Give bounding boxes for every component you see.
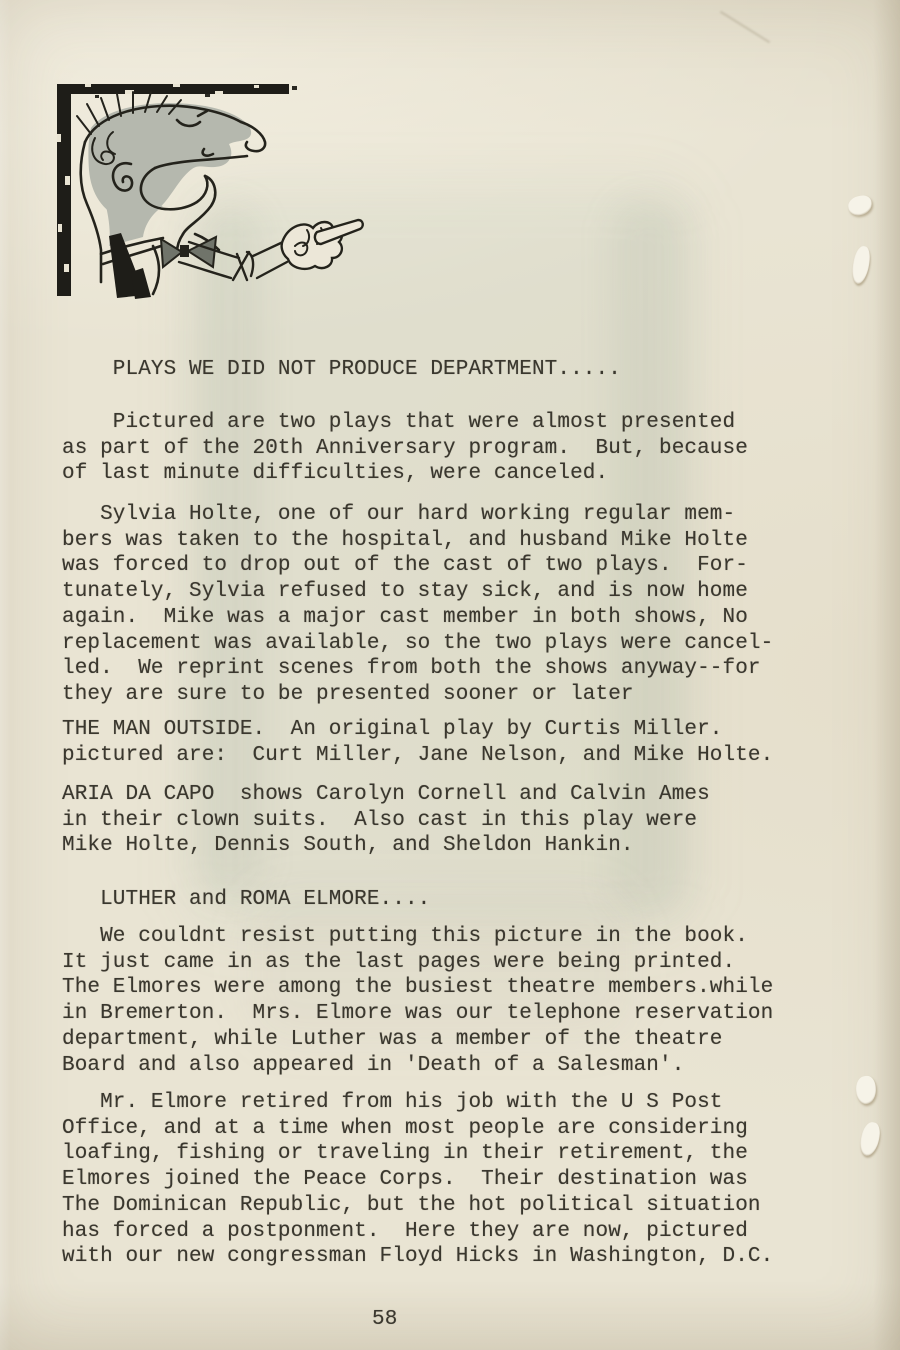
heading-luther-roma-elmore: LUTHER and ROMA ELMORE.... (62, 887, 430, 913)
paper-damage-spot (858, 1121, 882, 1158)
paper-crease (720, 11, 770, 43)
paragraph-elmore-intro: We couldnt resist putting this picture i… (62, 924, 773, 1078)
paragraph-elmore-retirement: Mr. Elmore retired from his job with the… (62, 1090, 773, 1270)
heading-plays-department: PLAYS WE DID NOT PRODUCE DEPARTMENT..... (62, 357, 621, 383)
paragraph-aria-da-capo: ARIA DA CAPO shows Carolyn Cornell and C… (62, 782, 710, 859)
paragraph-sylvia-holte: Sylvia Holte, one of our hard working re… (62, 502, 773, 708)
paper-damage-spot (846, 194, 873, 218)
scanned-document-page: PLAYS WE DID NOT PRODUCE DEPARTMENT.....… (0, 0, 900, 1350)
paragraph-pictured-plays: Pictured are two plays that were almost … (62, 410, 748, 487)
man-figure (77, 92, 363, 299)
paper-damage-spot (855, 1075, 878, 1105)
paper-damage-spot (850, 245, 871, 285)
pointing-man-illustration (55, 76, 375, 304)
page-number: 58 (372, 1307, 397, 1333)
paragraph-the-man-outside: THE MAN OUTSIDE. An original play by Cur… (62, 717, 773, 768)
